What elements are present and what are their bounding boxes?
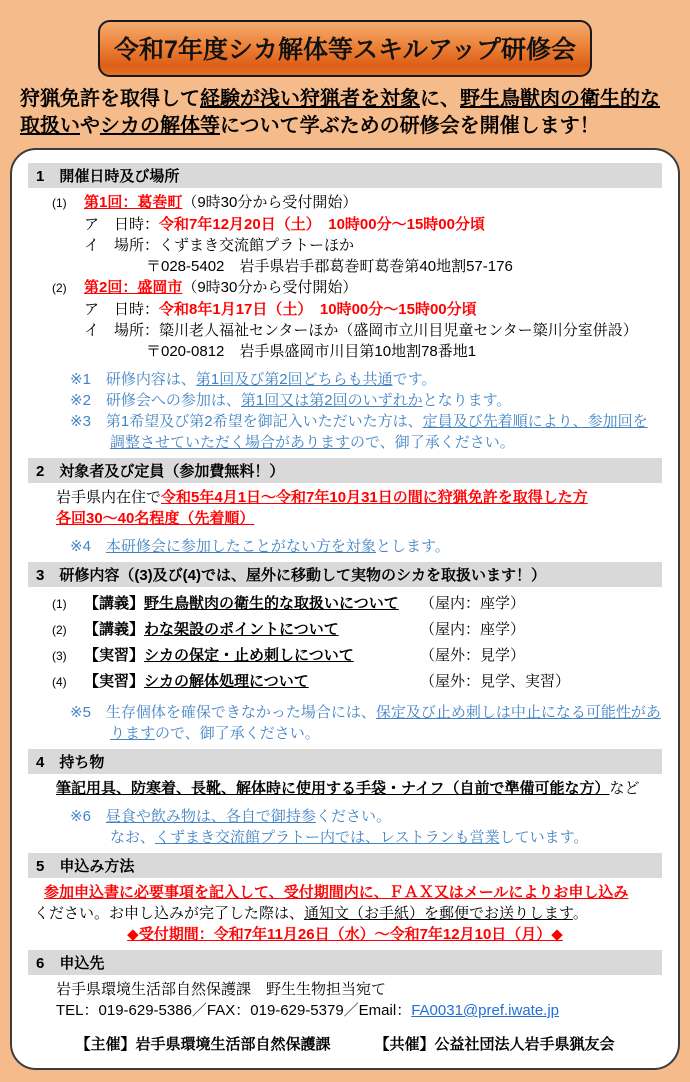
text-line: (4)【実習】シカの解体処理について（屋外：見学、実習） bbox=[28, 669, 662, 695]
text-line: 筆記用具、防寒着、長靴、解体時に使用する手袋・ナイフ（自前で準備可能な方）など bbox=[28, 778, 662, 799]
text-segment: シカの保定・止め刺しについて bbox=[144, 647, 354, 664]
text-segment: ので、御了承ください。 bbox=[155, 725, 320, 742]
text-segment: 昼食や飲み物は、各自で御持参 bbox=[106, 808, 316, 825]
text-line: TEL：019-629-5386／FAX：019-629-5379／Email：… bbox=[28, 1000, 662, 1021]
text-segment: に、 bbox=[420, 88, 460, 110]
text-segment: ください。お申し込みが完了した際は、 bbox=[34, 905, 304, 922]
text-segment: 令和7年12月20日（土） 10時00分～15時00分頃 bbox=[159, 216, 485, 233]
organizer-label: 【主催】岩手県環境生活部自然保護課 bbox=[75, 1033, 330, 1054]
text-line: 〒028-5402 岩手県岩手郡葛巻町葛巻第40地割57-176 bbox=[28, 256, 662, 277]
text-segment: （屋内：座学） bbox=[420, 617, 525, 642]
text-segment: 各回30～40名程度（先着順） bbox=[56, 510, 254, 527]
text-segment: 本研修会に参加したことがない方を対象 bbox=[106, 538, 376, 555]
text-line: ※6 昼食や飲み物は、各自で御持参ください。 bbox=[28, 806, 662, 827]
text-segment: ※2 研修会への参加は、 bbox=[70, 392, 241, 409]
text-line: 〒020-0812 岩手県盛岡市川目第10地割78番地1 bbox=[28, 341, 662, 362]
text-segment: (2) bbox=[52, 278, 84, 299]
text-segment: 経験が浅い狩猟者を対象 bbox=[200, 88, 420, 110]
text-segment: 〒028-5402 岩手県岩手郡葛巻町葛巻第40地割57-176 bbox=[146, 258, 513, 275]
section-4: 4 持ち物筆記用具、防寒着、長靴、解体時に使用する手袋・ナイフ（自前で準備可能な… bbox=[28, 749, 662, 848]
text-segment: ※6 bbox=[70, 808, 106, 825]
text-segment: わな架設のポイントについて bbox=[144, 621, 339, 638]
text-segment: 第1回：葛巻町 bbox=[84, 194, 182, 211]
text-segment: なお、 bbox=[110, 829, 155, 846]
text-segment: ので、御了承ください。 bbox=[350, 434, 515, 451]
text-segment: ア 日時： bbox=[84, 216, 159, 233]
text-segment: 岩手県内在住で bbox=[56, 489, 161, 506]
intro-text: 狩猟免許を取得して経験が浅い狩猟者を対象に、野生鳥獣肉の衛生的な取扱いやシカの解… bbox=[20, 86, 670, 140]
text-line: ア 日時：令和7年12月20日（土） 10時00分～15時00分頃 bbox=[28, 214, 662, 235]
text-segment: 第1回又は第2回のいずれか bbox=[241, 392, 423, 409]
text-line: ※5 生存個体を確保できなかった場合には、保定及び止め刺しは中止になる可能性があ… bbox=[28, 702, 662, 744]
section-header: 2 対象者及び定員（参加費無料！） bbox=[28, 458, 662, 483]
flyer-page: 令和7年度シカ解体等スキルアップ研修会 狩猟免許を取得して経験が浅い狩猟者を対象… bbox=[0, 20, 690, 1070]
text-segment: (4) bbox=[52, 670, 84, 695]
text-segment: イ 場所：簗川老人福祉センターほか（盛岡市立川目児童センター簗川分室併設） bbox=[84, 322, 638, 339]
text-segment: ◆受付期間：令和7年11月26日（水）～令和7年12月10日（月）◆ bbox=[127, 926, 563, 943]
text-segment: くずまき交流館プラトー内では、レストランも営業 bbox=[155, 829, 500, 846]
text-line: イ 場所：くずまき交流館プラトーほか bbox=[28, 235, 662, 256]
section-header: 1 開催日時及び場所 bbox=[28, 163, 662, 188]
text-line: ※4 本研修会に参加したことがない方を対象とします。 bbox=[28, 536, 662, 557]
text-segment: （屋外：見学、実習） bbox=[420, 669, 570, 694]
text-segment: 〒020-0812 岩手県盛岡市川目第10地割78番地1 bbox=[146, 343, 476, 360]
text-line: ア 日時：令和8年1月17日（土） 10時00分～15時00分頃 bbox=[28, 299, 662, 320]
section-header: 6 申込先 bbox=[28, 950, 662, 975]
text-line: ◆受付期間：令和7年11月26日（水）～令和7年12月10日（月）◆ bbox=[28, 924, 662, 945]
section-header: 4 持ち物 bbox=[28, 749, 662, 774]
section-header: 3 研修内容（(3)及び(4)では、屋外に移動して実物のシカを取扱います！） bbox=[28, 562, 662, 587]
text-line: ※3 第1希望及び第2希望を御記入いただいた方は、定員及び先着順により、参加回を… bbox=[28, 411, 662, 453]
text-segment: 。 bbox=[573, 905, 588, 922]
text-line: なお、くずまき交流館プラトー内では、レストランも営業しています。 bbox=[28, 827, 662, 848]
page-title: 令和7年度シカ解体等スキルアップ研修会 bbox=[114, 36, 576, 64]
text-segment: (1) bbox=[52, 193, 84, 214]
text-segment: (3) bbox=[52, 644, 84, 669]
text-segment: について学ぶための研修会を開催します！ bbox=[220, 115, 600, 137]
text-line: 岩手県内在住で令和5年4月1日～令和7年10月31日の間に狩猟免許を取得した方 bbox=[28, 487, 662, 508]
text-line: ください。お申し込みが完了した際は、通知文（お手紙）を郵便でお送りします。 bbox=[28, 903, 662, 924]
text-segment: TEL：019-629-5386／FAX：019-629-5379／Email： bbox=[56, 1002, 411, 1019]
text-line: 岩手県環境生活部自然保護課 野生生物担当宛て bbox=[28, 979, 662, 1000]
text-segment: (1) bbox=[52, 592, 84, 617]
section-5: 5 申込み方法参加申込書に必要事項を記入して、受付期間内に、ＦＡＸ又はメールによ… bbox=[28, 853, 662, 945]
text-segment: です。 bbox=[393, 371, 437, 388]
text-segment: 岩手県環境生活部自然保護課 野生生物担当宛て bbox=[56, 981, 386, 998]
text-segment: （9時30分から受付開始） bbox=[182, 194, 357, 211]
text-segment: シカの解体等 bbox=[100, 115, 220, 137]
text-segment: ※1 研修内容は、 bbox=[70, 371, 196, 388]
text-line: (2)第2回：盛岡市（9時30分から受付開始） bbox=[28, 277, 662, 299]
text-segment: (2) bbox=[52, 618, 84, 643]
text-segment: イ 場所：くずまき交流館プラトーほか bbox=[84, 237, 354, 254]
text-segment: （屋外：見学） bbox=[420, 643, 525, 668]
section-6: 6 申込先岩手県環境生活部自然保護課 野生生物担当宛てTEL：019-629-5… bbox=[28, 950, 662, 1021]
text-segment: ※5 生存個体を確保できなかった場合には、 bbox=[70, 704, 376, 721]
text-line: (1)第1回：葛巻町（9時30分から受付開始） bbox=[28, 192, 662, 214]
section-3: 3 研修内容（(3)及び(4)では、屋外に移動して実物のシカを取扱います！）(1… bbox=[28, 562, 662, 744]
text-segment: 第1回及び第2回どちらも共通 bbox=[196, 371, 393, 388]
text-line: ※2 研修会への参加は、第1回又は第2回のいずれかとなります。 bbox=[28, 390, 662, 411]
text-segment: 【講義】 bbox=[84, 621, 144, 638]
text-segment: ※4 bbox=[70, 538, 106, 555]
text-segment: 通知文（お手紙）を郵便でお送りします bbox=[304, 905, 573, 922]
text-segment: 第2回：盛岡市 bbox=[84, 279, 182, 296]
text-segment: ください。 bbox=[316, 808, 391, 825]
content-box: 1 開催日時及び場所(1)第1回：葛巻町（9時30分から受付開始）ア 日時：令和… bbox=[10, 148, 680, 1070]
text-segment: しています。 bbox=[500, 829, 589, 846]
text-segment: とします。 bbox=[376, 538, 450, 555]
text-line: (2)【講義】わな架設のポイントについて（屋内：座学） bbox=[28, 617, 662, 643]
text-segment: 令和5年4月1日～令和7年10月31日の間に狩猟免許を取得した方 bbox=[161, 489, 588, 506]
text-segment: ※3 第1希望及び第2希望を御記入いただいた方は、 bbox=[70, 413, 423, 430]
footer-line: 【主催】岩手県環境生活部自然保護課 【共催】公益社団法人岩手県猟友会 bbox=[28, 1033, 662, 1054]
text-segment: （9時30分から受付開始） bbox=[182, 279, 357, 296]
text-line: イ 場所：簗川老人福祉センターほか（盛岡市立川目児童センター簗川分室併設） bbox=[28, 320, 662, 341]
text-segment: など bbox=[610, 780, 640, 797]
text-segment: 令和8年1月17日（土） 10時00分～15時00分頃 bbox=[159, 301, 477, 318]
sections-container: 1 開催日時及び場所(1)第1回：葛巻町（9時30分から受付開始）ア 日時：令和… bbox=[28, 163, 662, 1021]
text-segment: や bbox=[80, 115, 100, 137]
text-segment: 筆記用具、防寒着、長靴、解体時に使用する手袋・ナイフ（自前で準備可能な方） bbox=[56, 780, 610, 797]
text-line: (1)【講義】野生鳥獣肉の衛生的な取扱いについて（屋内：座学） bbox=[28, 591, 662, 617]
text-segment: シカの解体処理について bbox=[144, 673, 309, 690]
title-banner: 令和7年度シカ解体等スキルアップ研修会 bbox=[98, 20, 592, 77]
text-segment: 野生鳥獣肉の衛生的な取扱いについて bbox=[144, 595, 399, 612]
section-header: 5 申込み方法 bbox=[28, 853, 662, 878]
section-2: 2 対象者及び定員（参加費無料！）岩手県内在住で令和5年4月1日～令和7年10月… bbox=[28, 458, 662, 557]
text-line: 各回30～40名程度（先着順） bbox=[28, 508, 662, 529]
text-segment: となります。 bbox=[423, 392, 512, 409]
text-line: (3)【実習】シカの保定・止め刺しについて（屋外：見学） bbox=[28, 643, 662, 669]
text-line: ※1 研修内容は、第1回及び第2回どちらも共通です。 bbox=[28, 369, 662, 390]
text-segment: 【実習】 bbox=[84, 673, 144, 690]
text-segment: （屋内：座学） bbox=[420, 591, 525, 616]
text-line: 参加申込書に必要事項を記入して、受付期間内に、ＦＡＸ又はメールによりお申し込み bbox=[28, 882, 662, 903]
cohost-label: 【共催】公益社団法人岩手県猟友会 bbox=[375, 1033, 615, 1054]
email-link[interactable]: FA0031@pref.iwate.jp bbox=[411, 1002, 559, 1019]
text-segment: 【実習】 bbox=[84, 647, 144, 664]
section-1: 1 開催日時及び場所(1)第1回：葛巻町（9時30分から受付開始）ア 日時：令和… bbox=[28, 163, 662, 453]
text-segment: 狩猟免許を取得して bbox=[20, 88, 200, 110]
text-segment: ア 日時： bbox=[84, 301, 159, 318]
text-segment: 参加申込書に必要事項を記入して、受付期間内に、ＦＡＸ又はメールによりお申し込み bbox=[44, 884, 628, 901]
text-segment: 【講義】 bbox=[84, 595, 144, 612]
